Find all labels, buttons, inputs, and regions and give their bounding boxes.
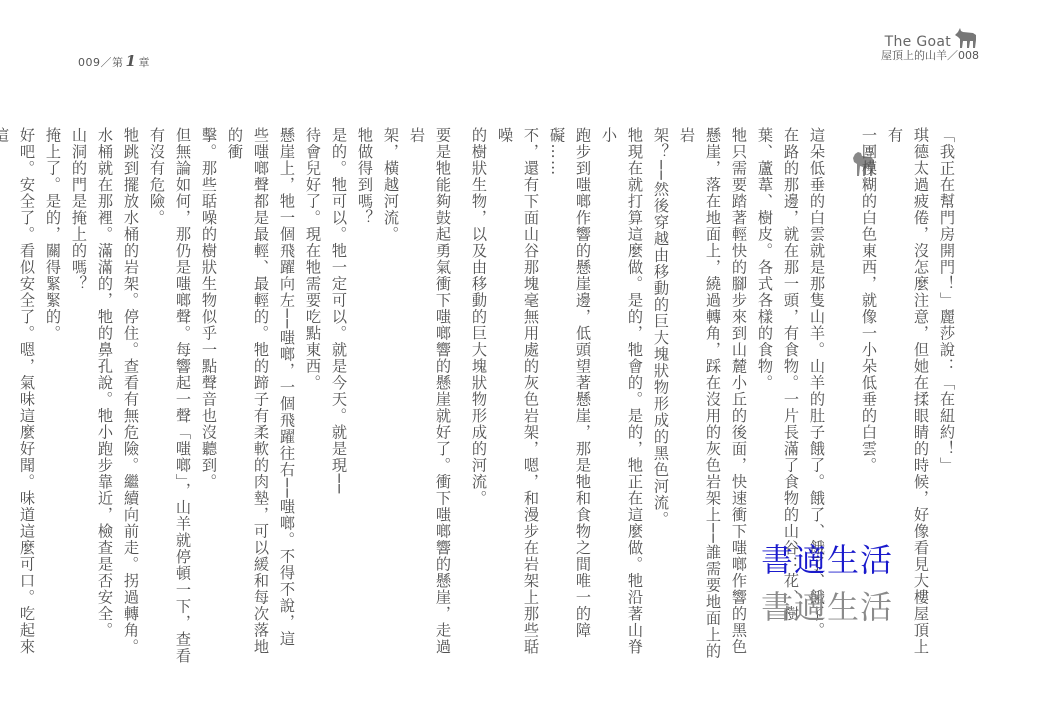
watermark-secondary: 書適生活 bbox=[761, 582, 893, 628]
watermark-primary: 書適生活 bbox=[761, 535, 893, 581]
left-page-body: 要是牠能夠鼓起勇氣衝下嗤啷響的懸崖就好了。衝下嗤啷響的懸崖，走過岩 架，橫越河流… bbox=[56, 127, 456, 667]
chapter-number: 1 bbox=[126, 52, 137, 70]
text-column: 山洞的門是掩上的嗎？ bbox=[66, 127, 92, 667]
text-column: 些嗤啷聲都是最輕、最輕的。牠的蹄子有柔軟的肉墊，可以緩和每次落地的衝 bbox=[222, 127, 274, 667]
right-page-body: 「我正在幫門房開門！」麗莎說：「在紐約！」 琪德太過疲倦，沒怎麼注意，但她在揉眼… bbox=[560, 127, 960, 667]
text-column: 不，還有下面山谷那塊毫無用處的灰色岩架，嗯，和漫步在岩架上那些聒噪 bbox=[492, 127, 544, 667]
chapter-prefix: 第 bbox=[112, 56, 124, 69]
text-column: 但無論如何，那仍是嗤啷聲。每響起一聲「嗤啷」，山羊就停頓一下，查看 bbox=[170, 127, 196, 667]
text-column: 的樹狀生物，以及由移動的巨大塊狀物形成的河流。 bbox=[466, 127, 492, 667]
book-title: 屋頂上的山羊 bbox=[881, 49, 947, 62]
text-column: 牠跳到擺放水桶的岩架。停住。查看有無危險。繼續向前走。拐過轉角。 bbox=[118, 127, 144, 667]
text-column: 要是牠能夠鼓起勇氣衝下嗤啷響的懸崖就好了。衝下嗤啷響的懸崖，走過岩 bbox=[404, 127, 456, 667]
chapter-suffix: 章 bbox=[138, 56, 150, 69]
text-column: 「我正在幫門房開門！」麗莎說：「在紐約！」 bbox=[934, 127, 960, 667]
text-column: 擊。那些聒噪的樹狀生物似乎一點聲音也沒聽到。 bbox=[196, 127, 222, 667]
book-spread: 009／第1章 要是牠能夠鼓起勇氣衝下嗤啷響的懸崖就好了。衝下嗤啷響的懸崖，走過… bbox=[0, 0, 1043, 720]
page-number: 009 bbox=[78, 56, 101, 69]
left-page-folio: 009／第1章 bbox=[78, 52, 150, 70]
text-column: 掩上了。是的，關得緊緊的。 bbox=[40, 127, 66, 667]
right-page-folio: 屋頂上的山羊／008 bbox=[881, 47, 979, 63]
text-column: 懸崖上，牠一個飛躍向左──嗤啷，一個飛躍往右──嗤啷。不得不說，這 bbox=[274, 127, 300, 667]
text-column: 好吧。安全了。看似安全了。嗯，氣味這麼好聞。味道這麼可口。吃起來這 bbox=[0, 127, 40, 667]
text-column: 是的。牠可以。牠一定可以。就是今天。就是現── bbox=[326, 127, 352, 667]
left-page: 009／第1章 要是牠能夠鼓起勇氣衝下嗤啷響的懸崖就好了。衝下嗤啷響的懸崖，走過… bbox=[0, 0, 521, 720]
text-column: 跑步到嗤啷作響的懸崖邊，低頭望著懸崖，那是牠和食物之間唯一的障礙…… bbox=[544, 127, 596, 667]
text-column: 牠做得到嗎？ bbox=[352, 127, 378, 667]
text-column: 牠只需要踏著輕快的腳步來到山麓小丘的後面，快速衝下嗤啷作響的黑色 bbox=[726, 127, 752, 667]
page-number: 008 bbox=[958, 49, 979, 62]
text-column: 架？──然後穿越由移動的巨大塊狀物形成的黑色河流。 bbox=[648, 127, 674, 667]
text-column: 有沒有危險。 bbox=[144, 127, 170, 667]
text-column: 待會兒好了。現在牠需要吃點東西。 bbox=[300, 127, 326, 667]
text-column: 水桶就在那裡。滿滿的，牠的鼻孔說。牠小跑步靠近，檢查是否安全。 bbox=[92, 127, 118, 667]
text-column: 懸崖，落在地面上，繞過轉角，踩在沒用的灰色岩架上──誰需要地面上的岩 bbox=[674, 127, 726, 667]
text-column: 架，橫越河流。 bbox=[378, 127, 404, 667]
text-column: 牠現在就打算這麼做。是的，牠會的。是的，牠正在這麼做。牠沿著山脊小 bbox=[596, 127, 648, 667]
